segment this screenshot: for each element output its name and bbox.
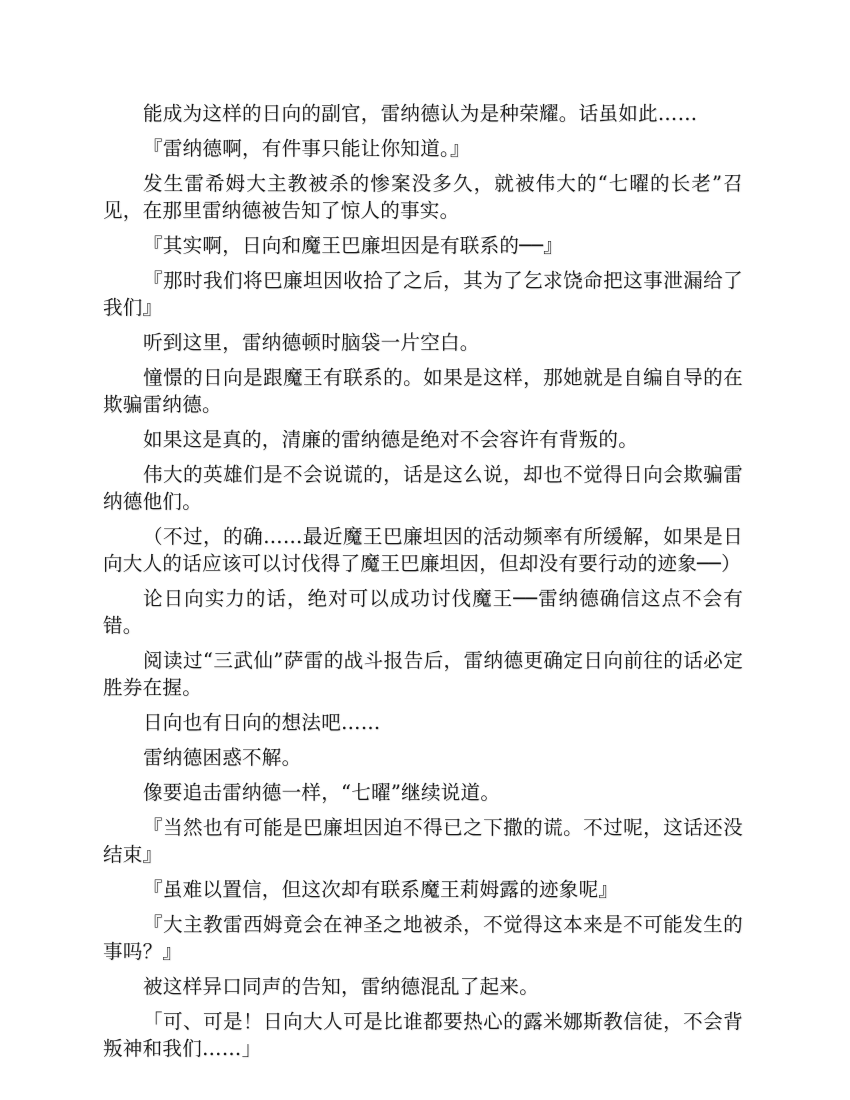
paragraph: 被这样异口同声的告知，雷纳德混乱了起来。	[103, 973, 743, 1000]
paragraph: 能成为这样的日向的副官，雷纳德认为是种荣耀。话虽如此……	[103, 100, 743, 127]
paragraph: 「可、可是！日向大人可是比谁都要热心的露米娜斯教信徒，不会背叛神和我们……」	[103, 1008, 743, 1062]
document-page: 能成为这样的日向的副官，雷纳德认为是种荣耀。话虽如此…… 『雷纳德啊，有件事只能…	[103, 100, 743, 1070]
paragraph: 『那时我们将巴廉坦因收拾了之后，其为了乞求饶命把这事泄漏给了我们』	[103, 267, 743, 321]
paragraph: 『雷纳德啊，有件事只能让你知道。』	[103, 135, 743, 162]
paragraph: 憧憬的日向是跟魔王有联系的。如果是这样，那她就是自编自导的在欺骗雷纳德。	[103, 364, 743, 418]
paragraph: 听到这里，雷纳德顿时脑袋一片空白。	[103, 329, 743, 356]
paragraph: 像要追击雷纳德一样，“七曜”继续说道。	[103, 779, 743, 806]
paragraph: 日向也有日向的想法吧……	[103, 709, 743, 736]
paragraph: 『虽难以置信，但这次却有联系魔王莉姆露的迹象呢』	[103, 876, 743, 903]
paragraph: 『其实啊，日向和魔王巴廉坦因是有联系的──』	[103, 232, 743, 259]
paragraph: 论日向实力的话，绝对可以成功讨伐魔王──雷纳德确信这点不会有错。	[103, 585, 743, 639]
paragraph: 伟大的英雄们是不会说谎的，话是这么说，却也不觉得日向会欺骗雷纳德他们。	[103, 461, 743, 515]
paragraph: 发生雷希姆大主教被杀的惨案没多久，就被伟大的“七曜的长老”召见，在那里雷纳德被告…	[103, 170, 743, 224]
paragraph: 『当然也有可能是巴廉坦因迫不得已之下撒的谎。不过呢，这话还没结束』	[103, 814, 743, 868]
paragraph: 雷纳德困惑不解。	[103, 744, 743, 771]
paragraph: （不过，的确……最近魔王巴廉坦因的活动频率有所缓解，如果是日向大人的话应该可以讨…	[103, 523, 743, 577]
paragraph: 如果这是真的，清廉的雷纳德是绝对不会容许有背叛的。	[103, 426, 743, 453]
paragraph: 『大主教雷西姆竟会在神圣之地被杀，不觉得这本来是不可能发生的事吗？』	[103, 911, 743, 965]
paragraph: 阅读过“三武仙”萨雷的战斗报告后，雷纳德更确定日向前往的话必定胜券在握。	[103, 647, 743, 701]
